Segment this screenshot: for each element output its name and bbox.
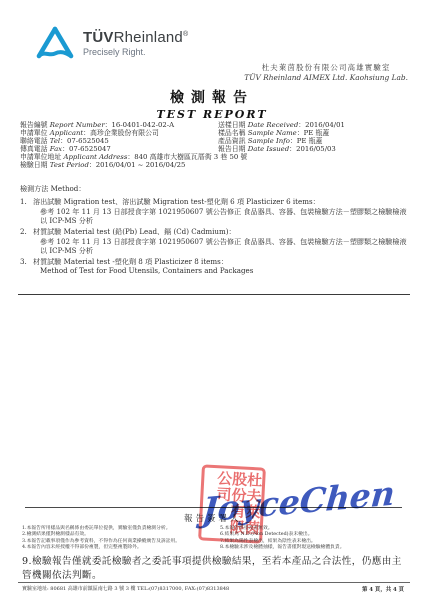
footnotes-right: 5.本報告經塗改者無效。 6.結果為 N.D.(Non Detected)表未檢… <box>220 526 408 552</box>
method-item-2: 2. 材質試驗 Material test (鉛(Pb) Lead、鎘 (Cd)… <box>20 227 410 255</box>
method-item-1: 1. 溶出試驗 Migration test、溶出試驗 Migration te… <box>20 197 410 225</box>
brand-rheinland: Rheinland <box>114 29 183 46</box>
method-item-1-title: 溶出試驗 Migration test、溶出試驗 Migration test-… <box>33 197 410 206</box>
info-fax: 傳真電話 Fax：07-6525047 <box>20 145 212 153</box>
method-item-3-detail: Method of Test for Food Utensils, Contai… <box>33 266 410 275</box>
info-applicant-address: 申請單位地址 Applicant Address：840 高雄市大樹區瓦厝衖 3… <box>20 153 410 161</box>
info-tel: 聯絡電話 Tel：07-6525045 <box>20 137 212 145</box>
signature-section: 報告簽署人 杜夫萊茵股份有限公司 JoyceChen 1.本報告所用樣品與名稱係… <box>0 460 424 600</box>
info-divider <box>18 294 410 295</box>
lab-name-en: TÜV Rheinland AIMEX Ltd. Kaohsiung Lab. <box>244 73 408 83</box>
footnotes-left: 1.本報告所用樣品與名稱係由委託單位提供，實驗室僅負責檢測分析。 2.檢測結果僅… <box>22 526 210 552</box>
footer-divider <box>18 582 410 583</box>
footnotes: 1.本報告所用樣品與名稱係由委託單位提供，實驗室僅負責檢測分析。 2.檢測結果僅… <box>22 526 408 552</box>
report-title-en: TEST REPORT <box>0 108 424 121</box>
method-item-2-title: 材質試驗 Material test (鉛(Pb) Lead、鎘 (Cd) Ca… <box>33 227 410 236</box>
method-item-3-title: 材質試驗 Material test -塑化劑 8 項 Plasticizer … <box>33 257 410 266</box>
lab-address: 實驗室地址: 80681 高雄市前鎮區南七路 3 號 3 樓 TEL:(07)8… <box>22 585 229 592</box>
report-page: TÜVRheinland® Precisely Right. 杜夫萊茵股份有限公… <box>0 0 424 600</box>
brand-name: TÜVRheinland® <box>83 26 188 46</box>
info-section: 報告編號 Report Number：16-0401-042-02-A 送樣日期… <box>20 121 410 169</box>
logo-wordmark: TÜVRheinland® Precisely Right. <box>83 26 188 57</box>
info-sample-info: 產品資訊 Sample Info：PE 瓶蓋 <box>218 137 410 145</box>
info-date-issued: 報告日期 Date Issued：2016/05/03 <box>218 145 410 153</box>
info-report-number: 報告編號 Report Number：16-0401-042-02-A <box>20 121 212 129</box>
lab-name: 杜夫萊茵股份有限公司高雄實驗室 TÜV Rheinland AIMEX Ltd.… <box>244 63 408 83</box>
registered-mark: ® <box>183 31 188 38</box>
report-header-logo: TÜVRheinland® Precisely Right. <box>36 26 188 60</box>
page-number: 第 4 頁，共 4 頁 <box>362 585 404 593</box>
info-sample-name: 樣品名稱 Sample Name：PE 瓶蓋 <box>218 129 410 137</box>
footnote-9: 9.檢驗報告僅就委託檢驗者之委託事項提供檢驗結果，至若本產品之合法性，仍應由主管… <box>22 555 408 582</box>
report-title: 檢測報告 TEST REPORT <box>0 87 424 121</box>
method-item-2-detail: 參考 102 年 11 月 13 日部授食字第 1021950607 號公告修正… <box>33 237 410 256</box>
footnote-8: 8.本檢驗未涉及檢體抽樣，報告書僅對現送檢驗檢體負責。 <box>220 545 408 551</box>
info-grid: 報告編號 Report Number：16-0401-042-02-A 送樣日期… <box>20 121 410 153</box>
lab-name-zh: 杜夫萊茵股份有限公司高雄實驗室 <box>244 63 408 73</box>
info-test-period: 檢驗日期 Test Period：2016/04/01 ~ 2016/04/25 <box>20 161 410 169</box>
info-applicant: 申請單位 Applicant：高珍企業股份有限公司 <box>20 129 212 137</box>
method-item-1-detail: 參考 102 年 11 月 13 日部授食字第 1021950607 號公告修正… <box>33 207 410 226</box>
brand-tagline: Precisely Right. <box>83 47 188 57</box>
report-title-zh: 檢測報告 <box>0 87 424 107</box>
method-section: 檢測方法 Method： 1. 溶出試驗 Migration test、溶出試驗… <box>20 184 410 277</box>
brand-tuv: TÜV <box>83 29 114 46</box>
method-item-3: 3. 材質試驗 Material test -塑化劑 8 項 Plasticiz… <box>20 257 410 276</box>
tuv-triangle-wave-icon <box>36 26 74 60</box>
footnote-4: 4.本報告內容未經授權不得部份複製，但完整複製除外。 <box>22 545 210 551</box>
method-heading: 檢測方法 Method： <box>20 184 410 193</box>
info-date-received: 送樣日期 Date Received：2016/04/01 <box>218 121 410 129</box>
